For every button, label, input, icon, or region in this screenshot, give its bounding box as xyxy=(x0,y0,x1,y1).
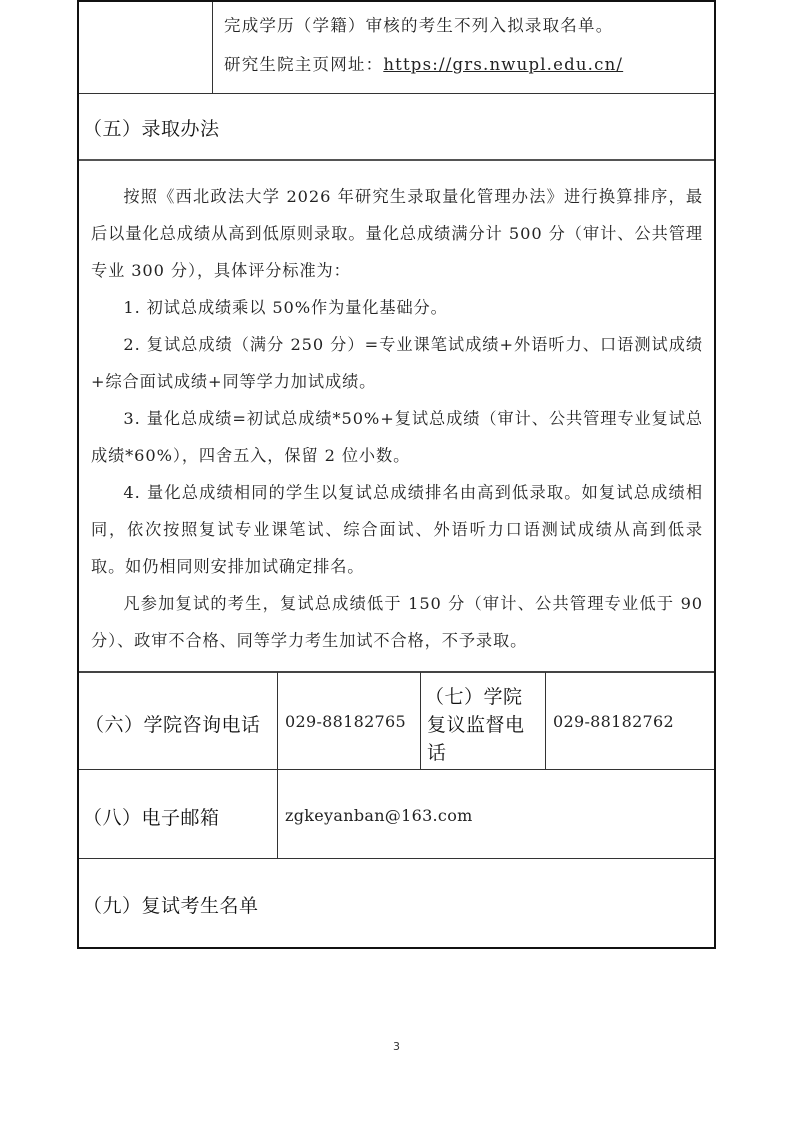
supervision-phone-label-line3: 话 xyxy=(427,738,447,765)
column-divider xyxy=(420,672,421,770)
column-divider xyxy=(277,672,278,770)
row-divider xyxy=(79,769,714,770)
admission-disqualification: 凡参加复试的考生，复试总成绩低于 150 分（审计、公共管理专业低于 90 分）… xyxy=(91,585,703,659)
admission-rule-4: 4. 量化总成绩相同的学生以复试总成绩排名由高到低录取。如复试总成绩相同，依次按… xyxy=(91,474,703,585)
candidate-list-heading: （九）复试考生名单 xyxy=(83,891,259,918)
email-value[interactable]: zgkeyanban@163.com xyxy=(285,806,473,825)
homepage-link[interactable]: https://grs.nwupl.edu.cn/ xyxy=(383,55,623,74)
admission-method-body: 按照《西北政法大学 2026 年研究生录取量化管理办法》进行换算排序，最后以量化… xyxy=(91,178,703,659)
consultation-phone-value: 029-88182765 xyxy=(285,712,406,731)
column-divider xyxy=(212,2,213,93)
supervision-phone-label-line1: （七）学院 xyxy=(425,682,523,709)
admission-paragraph-intro: 按照《西北政法大学 2026 年研究生录取量化管理办法》进行换算排序，最后以量化… xyxy=(91,178,703,289)
page-number: 3 xyxy=(393,1040,400,1053)
row-divider xyxy=(79,93,714,94)
column-divider xyxy=(545,672,546,770)
row-divider xyxy=(79,671,714,673)
column-divider xyxy=(277,770,278,859)
info-table: 完成学历（学籍）审核的考生不列入拟录取名单。 研究生院主页网址：https://… xyxy=(77,0,716,949)
row-divider xyxy=(79,159,714,161)
review-note: 完成学历（学籍）审核的考生不列入拟录取名单。 xyxy=(224,12,613,36)
email-label: （八）电子邮箱 xyxy=(83,803,220,830)
row-divider xyxy=(79,858,714,859)
homepage-row: 研究生院主页网址：https://grs.nwupl.edu.cn/ xyxy=(224,51,623,75)
section-heading-admission-method: （五）录取办法 xyxy=(83,114,220,141)
admission-rule-3: 3. 量化总成绩=初试总成绩*50%+复试总成绩（审计、公共管理专业复试总成绩*… xyxy=(91,400,703,474)
supervision-phone-label-line2: 复议监督电 xyxy=(427,710,525,737)
admission-rule-2: 2. 复试总成绩（满分 250 分）=专业课笔试成绩+外语听力、口语测试成绩+综… xyxy=(91,326,703,400)
consultation-phone-label: （六）学院咨询电话 xyxy=(85,710,261,737)
supervision-phone-value: 029-88182762 xyxy=(553,712,674,731)
admission-rule-1: 1. 初试总成绩乘以 50%作为量化基础分。 xyxy=(91,289,703,326)
homepage-label: 研究生院主页网址： xyxy=(224,55,383,74)
